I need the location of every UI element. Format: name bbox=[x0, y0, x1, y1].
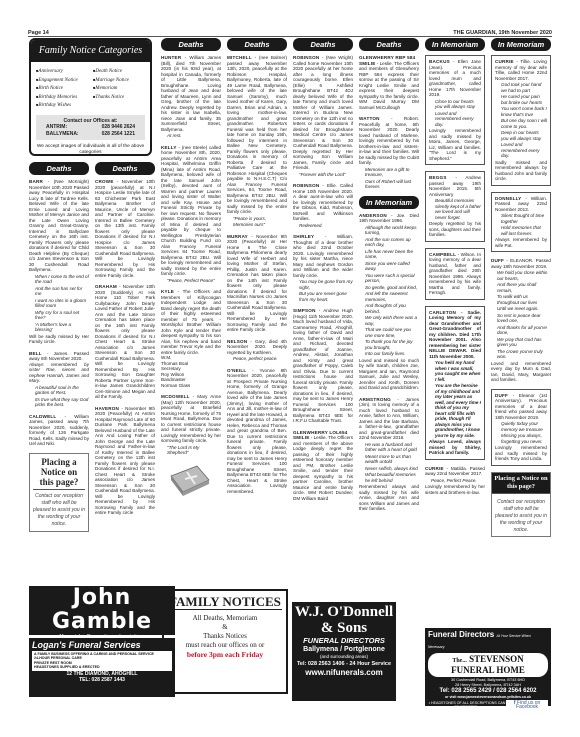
category-item: Memoriam bbox=[93, 84, 146, 93]
notice-after: Loved and missed so much by wife Sarah, … bbox=[359, 358, 419, 391]
notice-text: - Mary Anne (May) 12th November 2020, pe… bbox=[161, 394, 221, 443]
notice-verse: Memories are a gift to treasure, bbox=[359, 167, 419, 178]
funeral-home-name: The... STEVENSON FUNERAL HOME bbox=[428, 653, 548, 677]
notice-name: KYLE bbox=[161, 289, 174, 294]
column-4: Deaths MITCHELL - (nee Balmer) passed aw… bbox=[227, 38, 287, 500]
notice-verse: That we could see you one more time, bbox=[359, 327, 419, 338]
notice-name: GLENWHERRY RBP 584 bbox=[359, 55, 415, 60]
notice-name: HUNTER bbox=[161, 55, 181, 60]
notice: MITCHELL - (nee Balmer) passed away Nove… bbox=[227, 55, 287, 228]
notice: DUFF - ELEANOR. Passed away 18th Novembe… bbox=[491, 258, 551, 383]
placing-notice-box: Placing a Notice on this page? Contact o… bbox=[491, 472, 551, 537]
name-prefix: The... bbox=[452, 658, 467, 664]
notice-name: MCDOWELL bbox=[161, 394, 190, 399]
notice-verse: I want no rites in a gloom filled room bbox=[29, 298, 89, 309]
notice-verse: Redeemed. bbox=[293, 223, 353, 229]
notice-after: Lovingly remembered and sadly missed by … bbox=[495, 445, 547, 462]
notice-verse: And the sun has set for me bbox=[29, 286, 89, 297]
notice-verse: And thoughts of you behind. bbox=[359, 303, 419, 314]
notice: GRAHAM - November 10th 2020 (Suddenly) A… bbox=[95, 284, 155, 400]
notice-name: SIMPSON bbox=[293, 308, 316, 313]
column-2: Deaths CROWE - November 10th 2020 (peace… bbox=[95, 162, 155, 522]
notice: ARMSTRONG - James (Jim). In loving memor… bbox=[359, 397, 419, 512]
ad-area: Ballymena / Portglenone bbox=[292, 646, 396, 654]
notice-name: CARLETON bbox=[429, 310, 456, 315]
family-notices-deadline-box: FAMILY NOTICES All Deaths, Memoriam & Th… bbox=[162, 589, 288, 694]
notice-verse: Peace, Perfect Peace. bbox=[425, 478, 485, 484]
categories-list: Anniversary Death Notice Engagement Noti… bbox=[31, 62, 150, 113]
logans-funeral-ad: Logan's Funeral Services A FAMILY BUSINE… bbox=[29, 638, 175, 697]
notice-name: O'NEILL bbox=[227, 368, 246, 373]
notice-verse: At rest. bbox=[161, 133, 221, 139]
notice-text: - Leslie. The Officers and members of Gl… bbox=[359, 61, 419, 110]
notice-name: SHIRLEY bbox=[293, 234, 314, 239]
notice-text: - Yvonne 8th November 2020, peacefully a… bbox=[227, 368, 287, 494]
column-8: In Memoriam CURRIE - Tillie. Loving memo… bbox=[491, 38, 551, 537]
notice: BEGGS - Andrew passed away 19th November… bbox=[425, 171, 485, 242]
notice-text: - November 9th 2020 (Peacefully) At Antr… bbox=[95, 406, 155, 516]
notice-verse: Hold memories that will last forever. bbox=[495, 225, 547, 236]
notice-name: MITCHELL bbox=[227, 55, 252, 60]
facebook-label: Find us on Facebook bbox=[516, 700, 540, 710]
notice: BARR - (Nee McKnight) November 10th 2020… bbox=[29, 179, 89, 345]
notice: MCDOWELL - Mary Anne (May) 12th November… bbox=[161, 394, 221, 456]
categories-title: Family Notice Categories bbox=[31, 40, 150, 62]
bible-icon bbox=[167, 462, 221, 500]
category-item: Marriage Notice bbox=[93, 76, 146, 85]
notice-verse: You won't come back I know that's true bbox=[495, 106, 547, 117]
name-line: FUNERAL HOME bbox=[451, 665, 525, 675]
notice-verse: Ours of Robert will last forever. bbox=[359, 179, 419, 190]
contact-offices: Contact our Offices at: ANTRIM:028 9446 … bbox=[36, 115, 145, 141]
notice: NELSON - Gary, died 4th November 2020. D… bbox=[227, 339, 287, 362]
section-banner-in-memoriam: In Memoriam bbox=[491, 38, 551, 51]
notice-verse: Missing you always, forgetting you never… bbox=[495, 433, 547, 444]
notice-verse: Memories ours" bbox=[227, 222, 287, 228]
notice-text: - November 10th 2020 (Suddenly) At His H… bbox=[95, 284, 155, 399]
notice-name: CAMPBELL bbox=[429, 252, 456, 257]
notice-text: - Leslie. The Officers and members of th… bbox=[293, 435, 353, 501]
notice-name: DONNELLY bbox=[495, 196, 521, 201]
placing-body: Contact our reception staff who will be … bbox=[492, 497, 550, 536]
category-item: Anniversary bbox=[36, 67, 89, 76]
notice-verse: "Peace, Perfect Peace" bbox=[161, 278, 221, 284]
ad-heading: Funeral Directors bbox=[428, 630, 494, 639]
notice-verse: And thanks for all you've done, bbox=[491, 325, 551, 336]
notice: KYLE - The Officers and Members of Killy… bbox=[161, 289, 221, 388]
column-5: Deaths ROBINSON - (Nee Wright) Called ho… bbox=[293, 38, 353, 507]
column-3: Deaths HUNTER - William James (Bill), di… bbox=[161, 38, 221, 499]
notice-verse: We hold you close within our hearts, bbox=[491, 270, 551, 281]
notice-after: Remembered always and sadly missed by hi… bbox=[359, 484, 419, 512]
notice-name: CURRIE bbox=[425, 466, 444, 471]
notice-text: - Sadie. Loving Memory of my dear Grandm… bbox=[429, 310, 481, 359]
ad-phone: TEL: 028 2587 1443 bbox=[32, 678, 172, 684]
notice-name: ARMSTRONG bbox=[359, 397, 391, 402]
notice-verse: Life has never been the same, bbox=[359, 249, 419, 260]
ad-name: & Sons bbox=[292, 620, 396, 636]
notice: WATTON - Robert. Peacefully at home, 5th… bbox=[359, 116, 419, 190]
section-banner-deaths: Deaths bbox=[161, 38, 221, 51]
ad-points: A FAMILY BUSINESS OFFERING A CARING AND … bbox=[32, 651, 172, 671]
notice-verse: Its true what they say God picks the bes… bbox=[29, 397, 89, 408]
notice: KELLY - (nee Steele) called home Novembe… bbox=[161, 145, 221, 284]
notice-after: Always remembered by wife Pat. bbox=[495, 237, 547, 248]
notice-verse: He was a husband and father with a heart… bbox=[359, 442, 419, 453]
placing-notice-box: Placing a Notice on this page? Contact o… bbox=[29, 453, 89, 532]
notice-name: KELLY bbox=[161, 145, 177, 150]
notice-after: Always Loved, always missed by Shirley, … bbox=[429, 439, 481, 456]
notice: MURRAY - November 9th 2020 (Peacefully) … bbox=[227, 234, 287, 333]
notice: ROBINSON - Ellie. Called Home 10th Novem… bbox=[293, 183, 353, 228]
notice-text: - (Nee McKnight) November 10th 2020 Pass… bbox=[29, 179, 89, 272]
notice: CURRIE - Matilda. Passed away 22nd Novem… bbox=[425, 466, 485, 496]
notice-verse: So rest in peace dear loved one, bbox=[491, 313, 551, 324]
notice: CROWE - November 10th 2020 (peacefully) … bbox=[95, 179, 155, 278]
notice-after: Sadly missed and remembered always by hu… bbox=[495, 160, 547, 182]
notice-verse: But one day soon I will come to you. bbox=[495, 118, 547, 129]
ad-title: Logan's Funeral Services bbox=[32, 639, 172, 651]
category-item: Birthday Memories bbox=[36, 93, 89, 102]
notice-text: - November 9th 2020 (Peacefully) at Her … bbox=[227, 234, 287, 333]
notice-verse: Loved and remembered every day. bbox=[429, 111, 481, 128]
deadline-line: & bbox=[164, 623, 286, 632]
notice-verse: So gentle, good and kind, bbox=[359, 285, 419, 291]
notice-verse: Although the world keeps turning, bbox=[359, 225, 419, 236]
notice-text: - Andrew Hugh (Hugo) 11th November 2020.… bbox=[293, 308, 353, 423]
notice: CALDWELL - William James, passed away 7t… bbox=[29, 414, 89, 447]
notice-text: - November 10th 2020 (peacefully) at N.I… bbox=[95, 179, 155, 278]
family-notices-title: FAMILY NOTICES bbox=[168, 594, 282, 610]
office-name: BALLYMENA: bbox=[46, 131, 79, 138]
placing-title: Placing a Notice on this page? bbox=[492, 473, 550, 494]
section-banner-in-memoriam: In Memoriam bbox=[359, 196, 419, 209]
notice: ANDERSON - Joe. Died 19th November 1996.… bbox=[359, 213, 419, 391]
notice-name: HAVERON bbox=[95, 406, 119, 411]
notice-verse: And left the sweetest memories, bbox=[359, 291, 419, 302]
notice: DUFF - Eleanor (1st Anniversary). Precio… bbox=[491, 389, 551, 466]
notice-text: - (Nee Wright) Called home November 10th… bbox=[293, 55, 353, 170]
notice-verse: Since you were called away. bbox=[359, 261, 419, 272]
notice-verse: To walk with us throughout our lives bbox=[491, 294, 551, 305]
notice-verse: Loved and remembered every day. bbox=[495, 142, 547, 159]
section-banner-in-memoriam: In Memoriam bbox=[425, 38, 485, 51]
notice-verse: A beautiful soul in the garden of Rest, bbox=[29, 385, 89, 396]
notice-italic: Always remembered by sister Rae, nieces … bbox=[29, 362, 89, 384]
section-banner-deaths: Deaths bbox=[359, 38, 419, 51]
notice-verse: Until we meet again. bbox=[491, 306, 551, 312]
deadline-line: Thanks Notices bbox=[164, 632, 286, 641]
placing-body: Contact our reception staff who will be … bbox=[33, 493, 85, 528]
ad-name: John Gamble bbox=[29, 586, 175, 634]
notice: GLENWHERRY RBP 584SMILIE - Leslie. The O… bbox=[359, 55, 419, 110]
ad-website[interactable]: www.nifunerals.com bbox=[292, 668, 396, 678]
notice: CARLETON - Sadie. Loving Memory of my de… bbox=[425, 306, 485, 460]
notice-verse: What beautiful memories he left behind bbox=[359, 472, 419, 483]
notice-name: BELL bbox=[29, 351, 42, 356]
office-phone: 028 2564 1221 bbox=[102, 131, 135, 138]
notice-verse: You held my hand when I was small, you c… bbox=[429, 360, 481, 382]
column-7: In Memoriam BACKUS - Ellen Jane (Jean). … bbox=[425, 38, 485, 501]
notice-verse: You may be gone from my sight, bbox=[293, 279, 353, 290]
notice-verse: Quietly today your memory we treasure bbox=[495, 421, 547, 432]
notice-text: - William James, passed away 7th Novembe… bbox=[29, 414, 89, 447]
notice-verse: The crown you've truly won. bbox=[491, 349, 551, 360]
section-banner-deaths: Deaths bbox=[293, 38, 353, 51]
notice-verse: Meant more to us than wealth untold bbox=[359, 454, 419, 465]
notice-name: ROBINSON bbox=[293, 55, 319, 60]
notice: SHIRLEY - William. Thoughts of a dear br… bbox=[293, 234, 353, 302]
notice-verse: When I come to the end of the road bbox=[29, 274, 89, 285]
section-banner-deaths: Deaths bbox=[227, 38, 287, 51]
notice-name: NELSON bbox=[227, 339, 247, 344]
notice-verse: 'A Mother's love a blessing' bbox=[29, 322, 89, 333]
notice: SIMPSON - Andrew Hugh (Hugo) 11th Novemb… bbox=[293, 308, 353, 424]
notice-verse: But you are never gone from my heart. bbox=[293, 291, 353, 302]
notice-text: - James (Jim). In loving memory of a muc… bbox=[359, 397, 419, 441]
notice: ROBINSON - (Nee Wright) Called home Nove… bbox=[293, 55, 353, 177]
notice-verse: Beautiful memories silently kept of a fa… bbox=[429, 198, 481, 220]
notice: CURRIE - Tillie. Loving memory of my dea… bbox=[491, 55, 551, 186]
notice-verse: We pray that God has given you bbox=[491, 337, 551, 348]
notice-name: GLENWHERRY LOL654 bbox=[293, 430, 347, 435]
notice-after: Lovingly remembered by her sisters and b… bbox=[425, 484, 485, 495]
notice-verse: "The Lord Is My Shepherd" bbox=[161, 445, 221, 456]
notice-text: - (nee Steele) called home November 8th,… bbox=[161, 145, 221, 277]
notice-verse: We only wish there was a way, bbox=[359, 315, 419, 326]
deadline-line: must reach our offices on or bbox=[164, 641, 286, 650]
section-banner-deaths: Deaths bbox=[29, 162, 89, 175]
notice-name: ANDERSON bbox=[359, 213, 387, 218]
notice-text: - William James (Bill), died 7th Novembe… bbox=[161, 55, 221, 132]
header-rule bbox=[28, 36, 552, 37]
notice-text: - Wilson. In loving memory of a dear hus… bbox=[429, 252, 481, 296]
notice-verse: Into our family lives. bbox=[359, 351, 419, 357]
page-header: Page 14 THE GUARDIAN, 19th November 2020 bbox=[28, 28, 552, 36]
facebook-icon[interactable]: f Find us on Facebook bbox=[506, 700, 548, 711]
notice: BELL - James. Passed away 6th November 2… bbox=[29, 351, 89, 408]
signoff: Norman Glass bbox=[161, 383, 221, 389]
category-item: Birth Notice bbox=[36, 84, 89, 93]
notice-after: Will be sadly missed by Her Family circl… bbox=[29, 334, 89, 345]
notice: CAMPBELL - Wilson. In loving memory of a… bbox=[425, 248, 485, 300]
notice-verse: Deep in our hearts you will always stay bbox=[495, 130, 547, 141]
notice-verse: "Forever with the Lord" bbox=[293, 172, 353, 178]
notice-after: Lovingly remembered and sadly missed by … bbox=[429, 128, 481, 161]
category-item: Thanks Notice bbox=[93, 93, 146, 102]
notice-verse: God took your hand we had to part bbox=[495, 82, 547, 93]
notice-verse: You were such a special person, bbox=[359, 273, 419, 284]
notice-subname: SMILIE bbox=[293, 435, 310, 440]
notice-verse: Why cry for a soul set free? bbox=[29, 310, 89, 321]
notice-name: WATTON bbox=[359, 116, 380, 121]
notice-text: - Ellen Jane (Jean). Precious memories o… bbox=[429, 59, 481, 97]
odonnell-funeral-ad: W.J. O'Donnell & Sons FUNERAL DIRECTORS … bbox=[292, 602, 396, 701]
notice-verse: And there you shall remain, bbox=[491, 282, 551, 293]
notice-name: CROWE bbox=[95, 179, 114, 184]
section-banner-deaths: Deaths bbox=[95, 162, 155, 175]
notice-name: ROBINSON bbox=[293, 183, 319, 188]
notice-name: CALDWELL bbox=[29, 414, 56, 419]
notice-text: - Robert. Peacefully at home, 5th Novemb… bbox=[359, 116, 419, 165]
notice-name: GRAHAM bbox=[95, 284, 117, 289]
column-1: Deaths BARR - (Nee McKnight) November 10… bbox=[29, 162, 89, 532]
category-item: Engagement Notice bbox=[36, 76, 89, 85]
notice-name: DUFF bbox=[491, 258, 504, 263]
category-item: Birthday Wishes bbox=[36, 101, 89, 110]
notice-verse: He cured your pain but broke our hearts bbox=[495, 94, 547, 105]
stevenson-funeral-home-ad: Funeral Directors At Your Service When N… bbox=[425, 628, 551, 706]
notice-name: MURRAY bbox=[227, 234, 248, 239]
notice-verse: To thank you for the joy you brought, bbox=[359, 339, 419, 350]
family-notice-categories: Family Notice Categories Anniversary Dea… bbox=[29, 38, 152, 156]
notice-verse: And the sun comes up each day, bbox=[359, 237, 419, 248]
notice-after: Deeply regretted by his sons, daughters … bbox=[429, 221, 481, 238]
notice-text: - The Officers and Members of Killycooga… bbox=[161, 289, 221, 355]
column-6: Deaths GLENWHERRY RBP 584SMILIE - Leslie… bbox=[359, 38, 419, 518]
notice-name: BARR bbox=[29, 179, 43, 184]
notice: BACKUS - Ellen Jane (Jean). Precious mem… bbox=[425, 55, 485, 165]
ad-phone: Tel: 028 2563 1406 - 24 Hour Service bbox=[292, 660, 396, 668]
notice-name: BACKUS bbox=[429, 59, 450, 64]
deadline-time: before 3pm each Friday bbox=[164, 650, 286, 660]
notice: DONNELLY - William. Passed away 22nd Nov… bbox=[491, 192, 551, 253]
notice-text: - (nee Balmer) passed away November 13th… bbox=[227, 55, 287, 214]
notice-verse: Never selfish, always kind bbox=[359, 466, 419, 472]
placing-title: Placing a Notice on this page? bbox=[33, 457, 85, 490]
notice-name: BEGGS bbox=[429, 175, 447, 180]
notice-after: Loved and remembered every day by Mum & … bbox=[491, 361, 551, 383]
notice-subname: SMILIE bbox=[359, 61, 376, 66]
notice-verse: Silent thought of time together bbox=[495, 213, 547, 224]
notice-verse: You are the heroine of my childhood and … bbox=[429, 383, 481, 438]
notice-verse: Close to our hearts you will always stay bbox=[429, 99, 481, 110]
notice-text: - William. Thoughts of a dear brother wh… bbox=[293, 234, 353, 278]
ad-point: HEADSTONES SUPPLIED & ERECTED bbox=[34, 665, 170, 669]
ad-tagline: FUNERAL DIRECTORS bbox=[292, 636, 396, 646]
notice: HAVERON - November 9th 2020 (Peacefully)… bbox=[95, 406, 155, 516]
notice-name: CURRIE bbox=[495, 59, 514, 64]
ad-headstones: • HEADSTONES OF ALL DESCRIPTIONS CAN BE … bbox=[428, 701, 506, 710]
notice-text: - Ellie. Called Home 10th November 2020.… bbox=[293, 183, 353, 221]
notice: O'NEILL - Yvonne 8th November 2020, peac… bbox=[227, 368, 287, 495]
ad-name: W.J. O'Donnell bbox=[292, 604, 396, 620]
john-gamble-ad: John Gamble Memorials • Renovations • In… bbox=[29, 586, 175, 635]
name-line: STEVENSON bbox=[469, 654, 524, 664]
deadline-line: All Deaths, Memoriam bbox=[164, 614, 286, 623]
category-item: Death Notice bbox=[93, 67, 146, 76]
notice-verse: "Peace is yours, bbox=[227, 216, 287, 222]
ad-phone: Tel: 028 2565 2429 / 028 2564 6202 bbox=[428, 687, 548, 695]
notice-verse: Peace, perfect peace. bbox=[227, 356, 287, 362]
notice-name: DUFF bbox=[495, 393, 508, 398]
notice: GLENWHERRY LOL654SMILIE - Leslie. The Of… bbox=[293, 430, 353, 502]
notice: HUNTER - William James (Bill), died 7th … bbox=[161, 55, 221, 139]
images-note: We accept images of individuals in all o… bbox=[31, 142, 150, 156]
